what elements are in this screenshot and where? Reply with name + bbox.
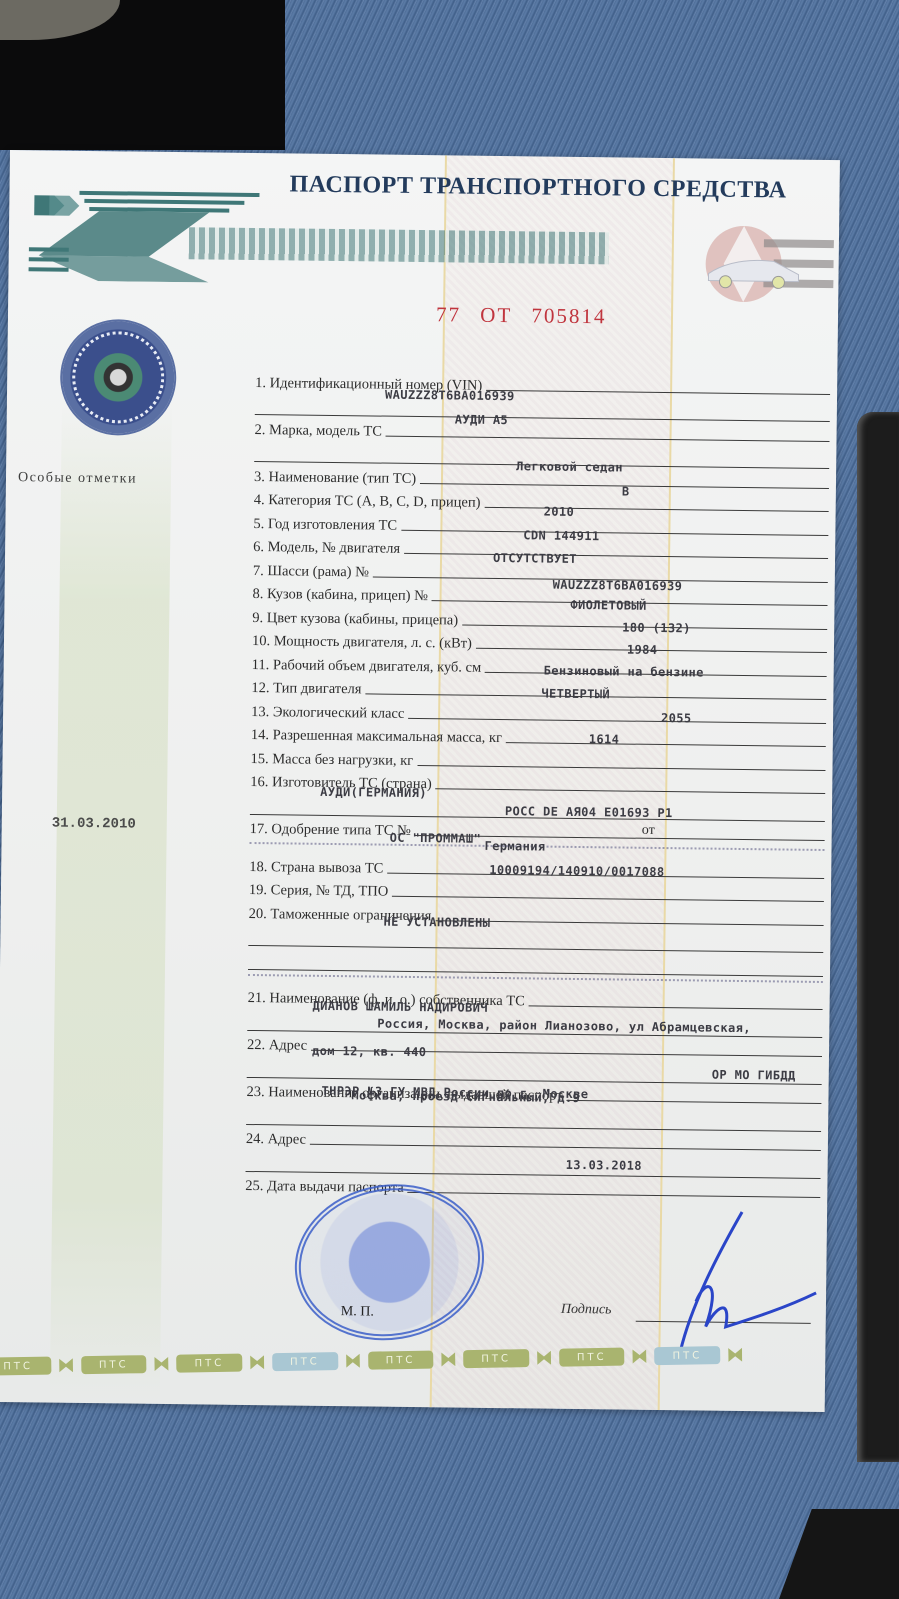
- field-owner-name: 21. Наименование (ф. и. о.) собственника…: [248, 983, 823, 1014]
- field-value: Бензиновый на бензине: [544, 663, 704, 679]
- field-value: 2010: [544, 505, 575, 519]
- field-value: НЕ УСТАНОВЛЕНЫ: [384, 915, 491, 930]
- signature-icon: [635, 1206, 837, 1358]
- wallet-edge: [857, 412, 899, 1462]
- security-band-left: [50, 401, 172, 1402]
- background-dark-corner: [779, 1509, 899, 1599]
- field-value: АУДИ А5: [455, 412, 509, 427]
- special-marks-label: Особые отметки: [18, 470, 137, 487]
- field-value: ОТСУТСТВУЕТ: [493, 551, 577, 566]
- document-title: ПАСПОРТ ТРАНСПОРТНОГО СРЕДСТВА: [289, 171, 786, 204]
- field-value: ФИОЛЕТОВЫЙ: [570, 598, 646, 613]
- field-value: Легковой седан: [516, 459, 623, 474]
- stamp-place-label: М. П.: [341, 1304, 374, 1320]
- field-value: Москва, проезд Сигнальный, д.9: [351, 1088, 580, 1105]
- field-value: CDN 144911: [523, 528, 599, 543]
- special-marks-date: 31.03.2010: [52, 816, 136, 833]
- field-value: ЧЕТВЕРТЫЙ: [541, 687, 610, 702]
- vehicle-passport-document: ПАСПОРТ ТРАНСПОРТНОГО СРЕДСТВА 77 ОТ 705…: [0, 150, 840, 1412]
- signature-label: Подпись: [561, 1302, 612, 1319]
- background-dark-area: [0, 0, 285, 150]
- field-value: 180 (132): [622, 620, 691, 635]
- field-value: 10009194/140910/0017088: [489, 862, 665, 878]
- field-value-secondary: дом 12, кв. 440: [312, 1043, 427, 1058]
- field-value: 2055: [661, 710, 692, 724]
- field-value: WAUZZZ8T6BA016939: [385, 388, 515, 404]
- ornament-band: [189, 227, 609, 264]
- field-value: B: [622, 484, 630, 498]
- from-label: от: [642, 823, 655, 839]
- car-emblem-icon: [703, 218, 834, 315]
- fields-list: 1. Идентификационный номер (VIN) WAUZZZ8…: [245, 368, 830, 1202]
- field-value: 1614: [589, 732, 620, 746]
- field-value: 13.03.2018: [566, 1157, 642, 1172]
- field-value: 1984: [627, 643, 658, 657]
- field-value: Германия: [484, 839, 545, 854]
- field-value: РОСС DE АЯ04 Е01693 Р1: [505, 804, 673, 820]
- field-value: АУДИ(ГЕРМАНИЯ): [320, 784, 427, 799]
- field-value: ДИАНОВ ШАМИЛЬ НАДИРОВИЧ: [312, 998, 488, 1014]
- document-serial-number: 77 ОТ 705814: [436, 302, 607, 329]
- field-value: ОР МО ГИБДД: [712, 1067, 796, 1082]
- field-value: WAUZZZ8T6BA016939: [553, 577, 683, 593]
